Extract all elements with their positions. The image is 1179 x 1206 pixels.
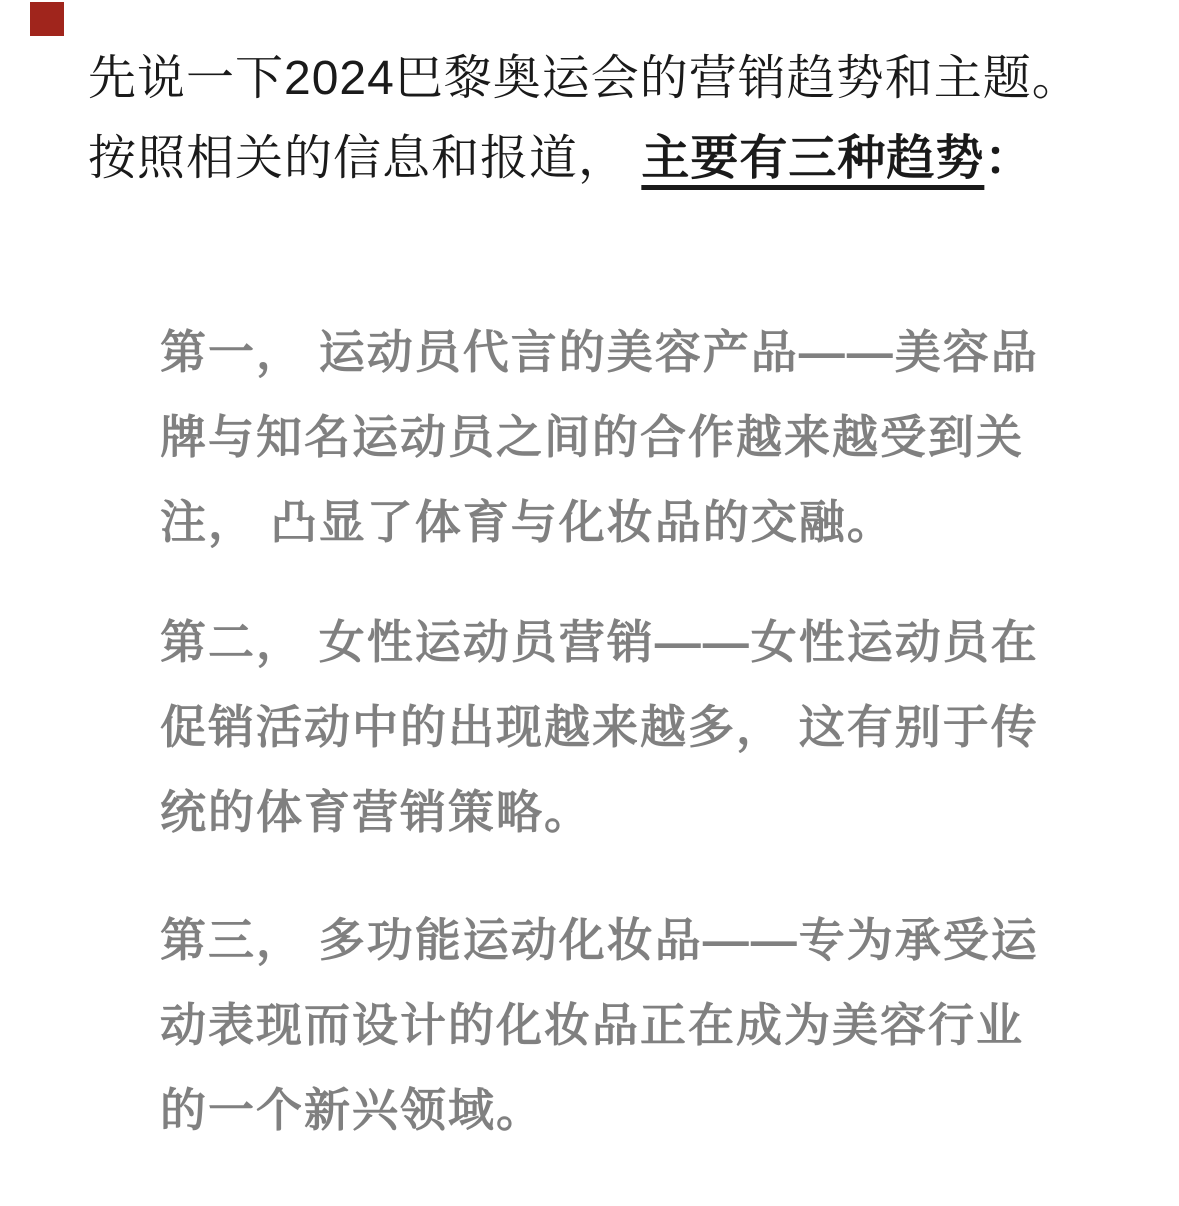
trend-3-line-1: 第三， 多功能运动化妆品——专为承受运 — [160, 898, 1039, 983]
trend-2-line-2: 促销活动中的出现越来越多， 这有别于传 — [160, 685, 1039, 770]
trend-3-line-3: 的一个新兴领域。 — [160, 1068, 1039, 1153]
trend-1-line-3: 注， 凸显了体育与化妆品的交融。 — [160, 480, 1039, 565]
red-corner-marker-icon — [30, 2, 64, 36]
intro-line-1: 先说一下2024巴黎奥运会的营销趋势和主题。 — [88, 39, 1081, 119]
intro-line-2-regular: 按照相关的信息和报道， — [88, 132, 641, 185]
intro-line-2-emphasis: 主要有三种趋势 — [641, 132, 984, 185]
trend-paragraph-2: 第二， 女性运动员营销——女性运动员在 促销活动中的出现越来越多， 这有别于传 … — [160, 600, 1039, 855]
trend-paragraph-3: 第三， 多功能运动化妆品——专为承受运 动表现而设计的化妆品正在成为美容行业 的… — [160, 898, 1039, 1153]
trend-1-line-2: 牌与知名运动员之间的合作越来越受到关 — [160, 395, 1039, 480]
trend-paragraph-1: 第一， 运动员代言的美容产品——美容品 牌与知名运动员之间的合作越来越受到关 注… — [160, 310, 1039, 565]
intro-line-2-colon: ： — [984, 132, 1033, 185]
trend-3-line-2: 动表现而设计的化妆品正在成为美容行业 — [160, 983, 1039, 1068]
trend-1-line-1: 第一， 运动员代言的美容产品——美容品 — [160, 310, 1039, 395]
intro-paragraph: 先说一下2024巴黎奥运会的营销趋势和主题。 按照相关的信息和报道， 主要有三种… — [88, 39, 1081, 199]
intro-line-2: 按照相关的信息和报道， 主要有三种趋势： — [88, 119, 1081, 199]
trend-2-line-1: 第二， 女性运动员营销——女性运动员在 — [160, 600, 1039, 685]
trend-2-line-3: 统的体育营销策略。 — [160, 770, 1039, 855]
